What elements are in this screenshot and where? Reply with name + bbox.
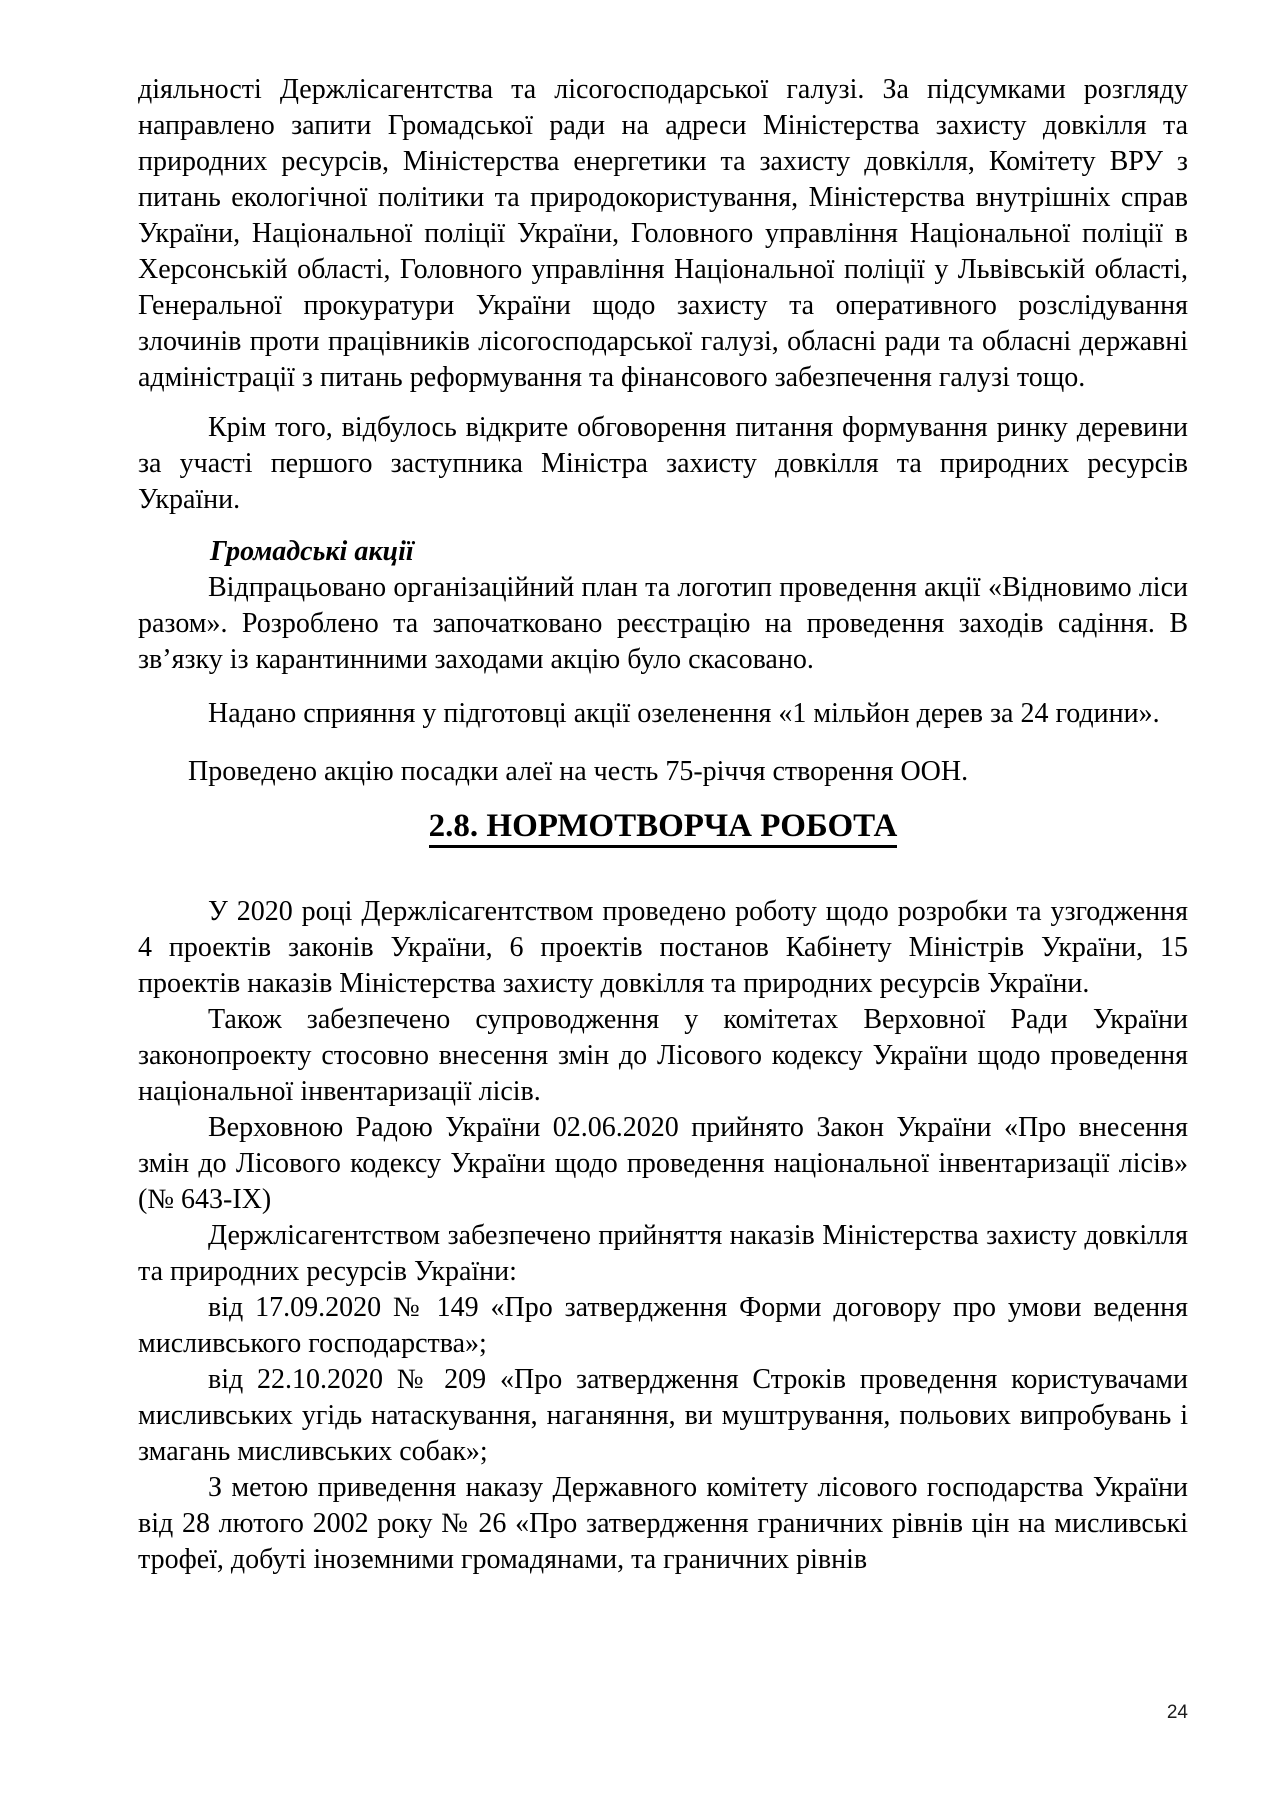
paragraph-nakaz-149: від 17.09.2020 № 149 «Про затвердження Ф… xyxy=(138,1290,1188,1362)
section-heading: 2.8. НОРМОТВОРЧА РОБОТА xyxy=(138,804,1188,848)
page-number: 24 xyxy=(1167,1701,1188,1725)
paragraph-z-metoyu-pryvedennya: З метою приведення наказу Державного ком… xyxy=(138,1470,1188,1578)
section-heading-text: 2.8. НОРМОТВОРЧА РОБОТА xyxy=(429,808,898,848)
document-body: діяльності Держлісагентства та лісогоспо… xyxy=(138,72,1188,1578)
paragraph-nakaz-209: від 22.10.2020 № 209 «Про затвердження С… xyxy=(138,1362,1188,1470)
paragraph-provedeno: Проведено акцію посадки алеї на честь 75… xyxy=(138,754,1188,790)
paragraph-nadano: Надано сприяння у підготовці акції озеле… xyxy=(138,696,1188,732)
paragraph-derzhlisagentstvom-nakazy: Держлісагентством забезпечено прийняття … xyxy=(138,1218,1188,1290)
paragraph-continuation: діяльності Держлісагентства та лісогоспо… xyxy=(138,72,1188,396)
paragraph-u-2020-rotsi: У 2020 році Держлісагентством проведено … xyxy=(138,894,1188,1002)
subheading-gromadski-aktsii: Громадські акції xyxy=(138,534,1188,570)
paragraph-krim-togo: Крім того, відбулось відкрите обговоренн… xyxy=(138,410,1188,518)
paragraph-takozh-zabezpecheno: Також забезпечено супроводження у коміте… xyxy=(138,1002,1188,1110)
page: діяльності Держлісагентства та лісогоспо… xyxy=(0,0,1280,1810)
document-page: { "colors": { "page_background": "#fffff… xyxy=(0,0,1280,1810)
paragraph-vidpratsovano: Відпрацьовано організаційний план та лог… xyxy=(138,570,1188,678)
paragraph-verkhovnoyu-radoyu: Верховною Радою України 02.06.2020 прийн… xyxy=(138,1110,1188,1218)
